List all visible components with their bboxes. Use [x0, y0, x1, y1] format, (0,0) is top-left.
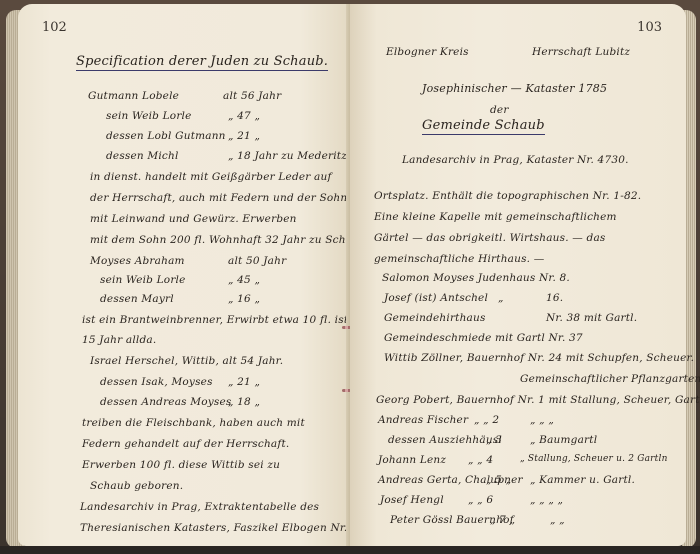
entry-line: Johann Lenz [378, 454, 446, 466]
entry-age: „ 21 „ [228, 130, 260, 142]
entry-line: der Herrschaft, auch mit Federn und der … [90, 192, 347, 204]
entry-line: dessen Ausziehhäusl [388, 434, 502, 446]
entry-line: Josef (ist) Antschel [384, 292, 488, 304]
entry-line: Wittib Zöllner, Bauernhof Nr. 24 mit Sch… [384, 352, 694, 364]
entry-col3: Nr. 38 mit Gartl. [546, 312, 637, 324]
entry-col3: „ „ [550, 514, 565, 526]
entry-col2: „ „ 4 [468, 454, 493, 466]
subtitle: Josephinischer — Kataster 1785 [422, 82, 607, 95]
page-number-left: 102 [42, 20, 67, 35]
entry-line: dessen Michl [106, 150, 179, 162]
entry-col2: „ „ 6 [468, 494, 493, 506]
entry-col3: „ Stallung, Scheuer u. 2 Gartln [520, 454, 668, 464]
source-line: Landesarchiv in Prag, Kataster Nr. 4730. [402, 154, 629, 166]
entry-col3: „ „ „ „ [530, 494, 563, 506]
entry-line: dessen Mayrl [100, 293, 174, 305]
page-number-right: 103 [637, 20, 662, 35]
entry-line: Eine kleine Kapelle mit gemeinschaftlich… [374, 211, 617, 223]
entry-line: Gemeindeschmiede mit Gartl Nr. 37 [384, 332, 583, 344]
entry-age: „ 21 „ [228, 376, 260, 388]
entry-line: dessen Andreas Moyses [100, 396, 232, 408]
left-page: 102 Specification derer Juden zu Schaub.… [18, 4, 350, 546]
entry-col2: „ [498, 292, 504, 304]
entry-age: „ 18 „ [228, 396, 260, 408]
entry-age: „ 16 „ [228, 293, 260, 305]
entry-line: Erwerben 100 fl. diese Wittib sei zu [82, 459, 280, 471]
entry-col2: „ 3 [486, 434, 502, 446]
entry-line: Gutmann Lobele [88, 90, 179, 102]
entry-line: Andreas Fischer [378, 414, 468, 426]
entry-line: Gemeinschaftlicher Pflanzgarten. [520, 373, 700, 385]
entry-line: sein Weib Lorle [100, 274, 186, 286]
entry-age: „ 18 Jahr zu Mederitz [228, 150, 347, 162]
entry-line: gemeinschaftliche Hirthaus. — [374, 253, 544, 265]
source-line: Theresianischen Katasters, Faszikel Elbo… [80, 522, 368, 534]
entry-age: alt 56 Jahr [223, 90, 281, 102]
entry-col3: „ Kammer u. Gartl. [530, 474, 635, 486]
entry-age: „ 45 „ [228, 274, 260, 286]
entry-line: ist ein Brantweinbrenner, Erwirbt etwa 1… [82, 314, 348, 326]
entry-line: dessen Lobl Gutmann [106, 130, 226, 142]
book-scan: 102 Specification derer Juden zu Schaub.… [0, 0, 700, 554]
entry-col2: „ „ 2 [474, 414, 499, 426]
header-estate: Herrschaft Lubitz [532, 46, 630, 58]
page-title: Specification derer Juden zu Schaub. [76, 54, 328, 71]
entry-line: in dienst. handelt mit Geißgärber Leder … [90, 171, 332, 183]
entry-line: 15 Jahr allda. [82, 334, 156, 346]
entry-line: mit dem Sohn 200 fl. Wohnhaft 32 Jahr zu… [90, 234, 370, 246]
entry-line: Ortsplatz. Enthält die topographischen N… [374, 190, 641, 202]
entry-line: Moyses Abraham [90, 255, 185, 267]
entry-line: Schaub geboren. [90, 480, 183, 492]
right-page: 103 Elbogner Kreis Herrschaft Lubitz Jos… [350, 4, 686, 546]
entry-line: Josef Hengl [380, 494, 444, 506]
entry-age: alt 50 Jahr [228, 255, 286, 267]
entry-col3: „ „ „ [530, 414, 554, 426]
entry-line: Gärtel — das obrigkeitl. Wirtshaus. — da… [374, 232, 606, 244]
entry-line: mit Leinwand und Gewürz. Erwerben [90, 213, 297, 225]
page-title: Gemeinde Schaub [422, 118, 545, 135]
entry-col2: „ 7 „ [490, 514, 515, 526]
subtitle-der: der [490, 104, 509, 116]
header-district: Elbogner Kreis [386, 46, 469, 58]
entry-col3: „ Baumgartl [530, 434, 597, 446]
entry-line: Gemeindehirthaus [384, 312, 486, 324]
entry-line: sein Weib Lorle [106, 110, 192, 122]
entry-col2: „ 5 „ [486, 474, 511, 486]
entry-age: „ 47 „ [228, 110, 260, 122]
entry-line: treiben die Fleischbank, haben auch mit [82, 417, 305, 429]
entry-col3: 16. [546, 292, 563, 304]
entry-line: Federn gehandelt auf der Herrschaft. [82, 438, 289, 450]
source-line: Landesarchiv in Prag, Extraktentabelle d… [80, 501, 319, 513]
entry-line: Georg Pobert, Bauernhof Nr. 1 mit Stallu… [376, 394, 700, 406]
entry-line: dessen Isak, Moyses [100, 376, 213, 388]
entry-line: Israel Herschel, Wittib, alt 54 Jahr. [90, 355, 283, 367]
table-surface [0, 546, 700, 554]
entry-line: Salomon Moyses Judenhaus Nr. 8. [382, 272, 570, 284]
